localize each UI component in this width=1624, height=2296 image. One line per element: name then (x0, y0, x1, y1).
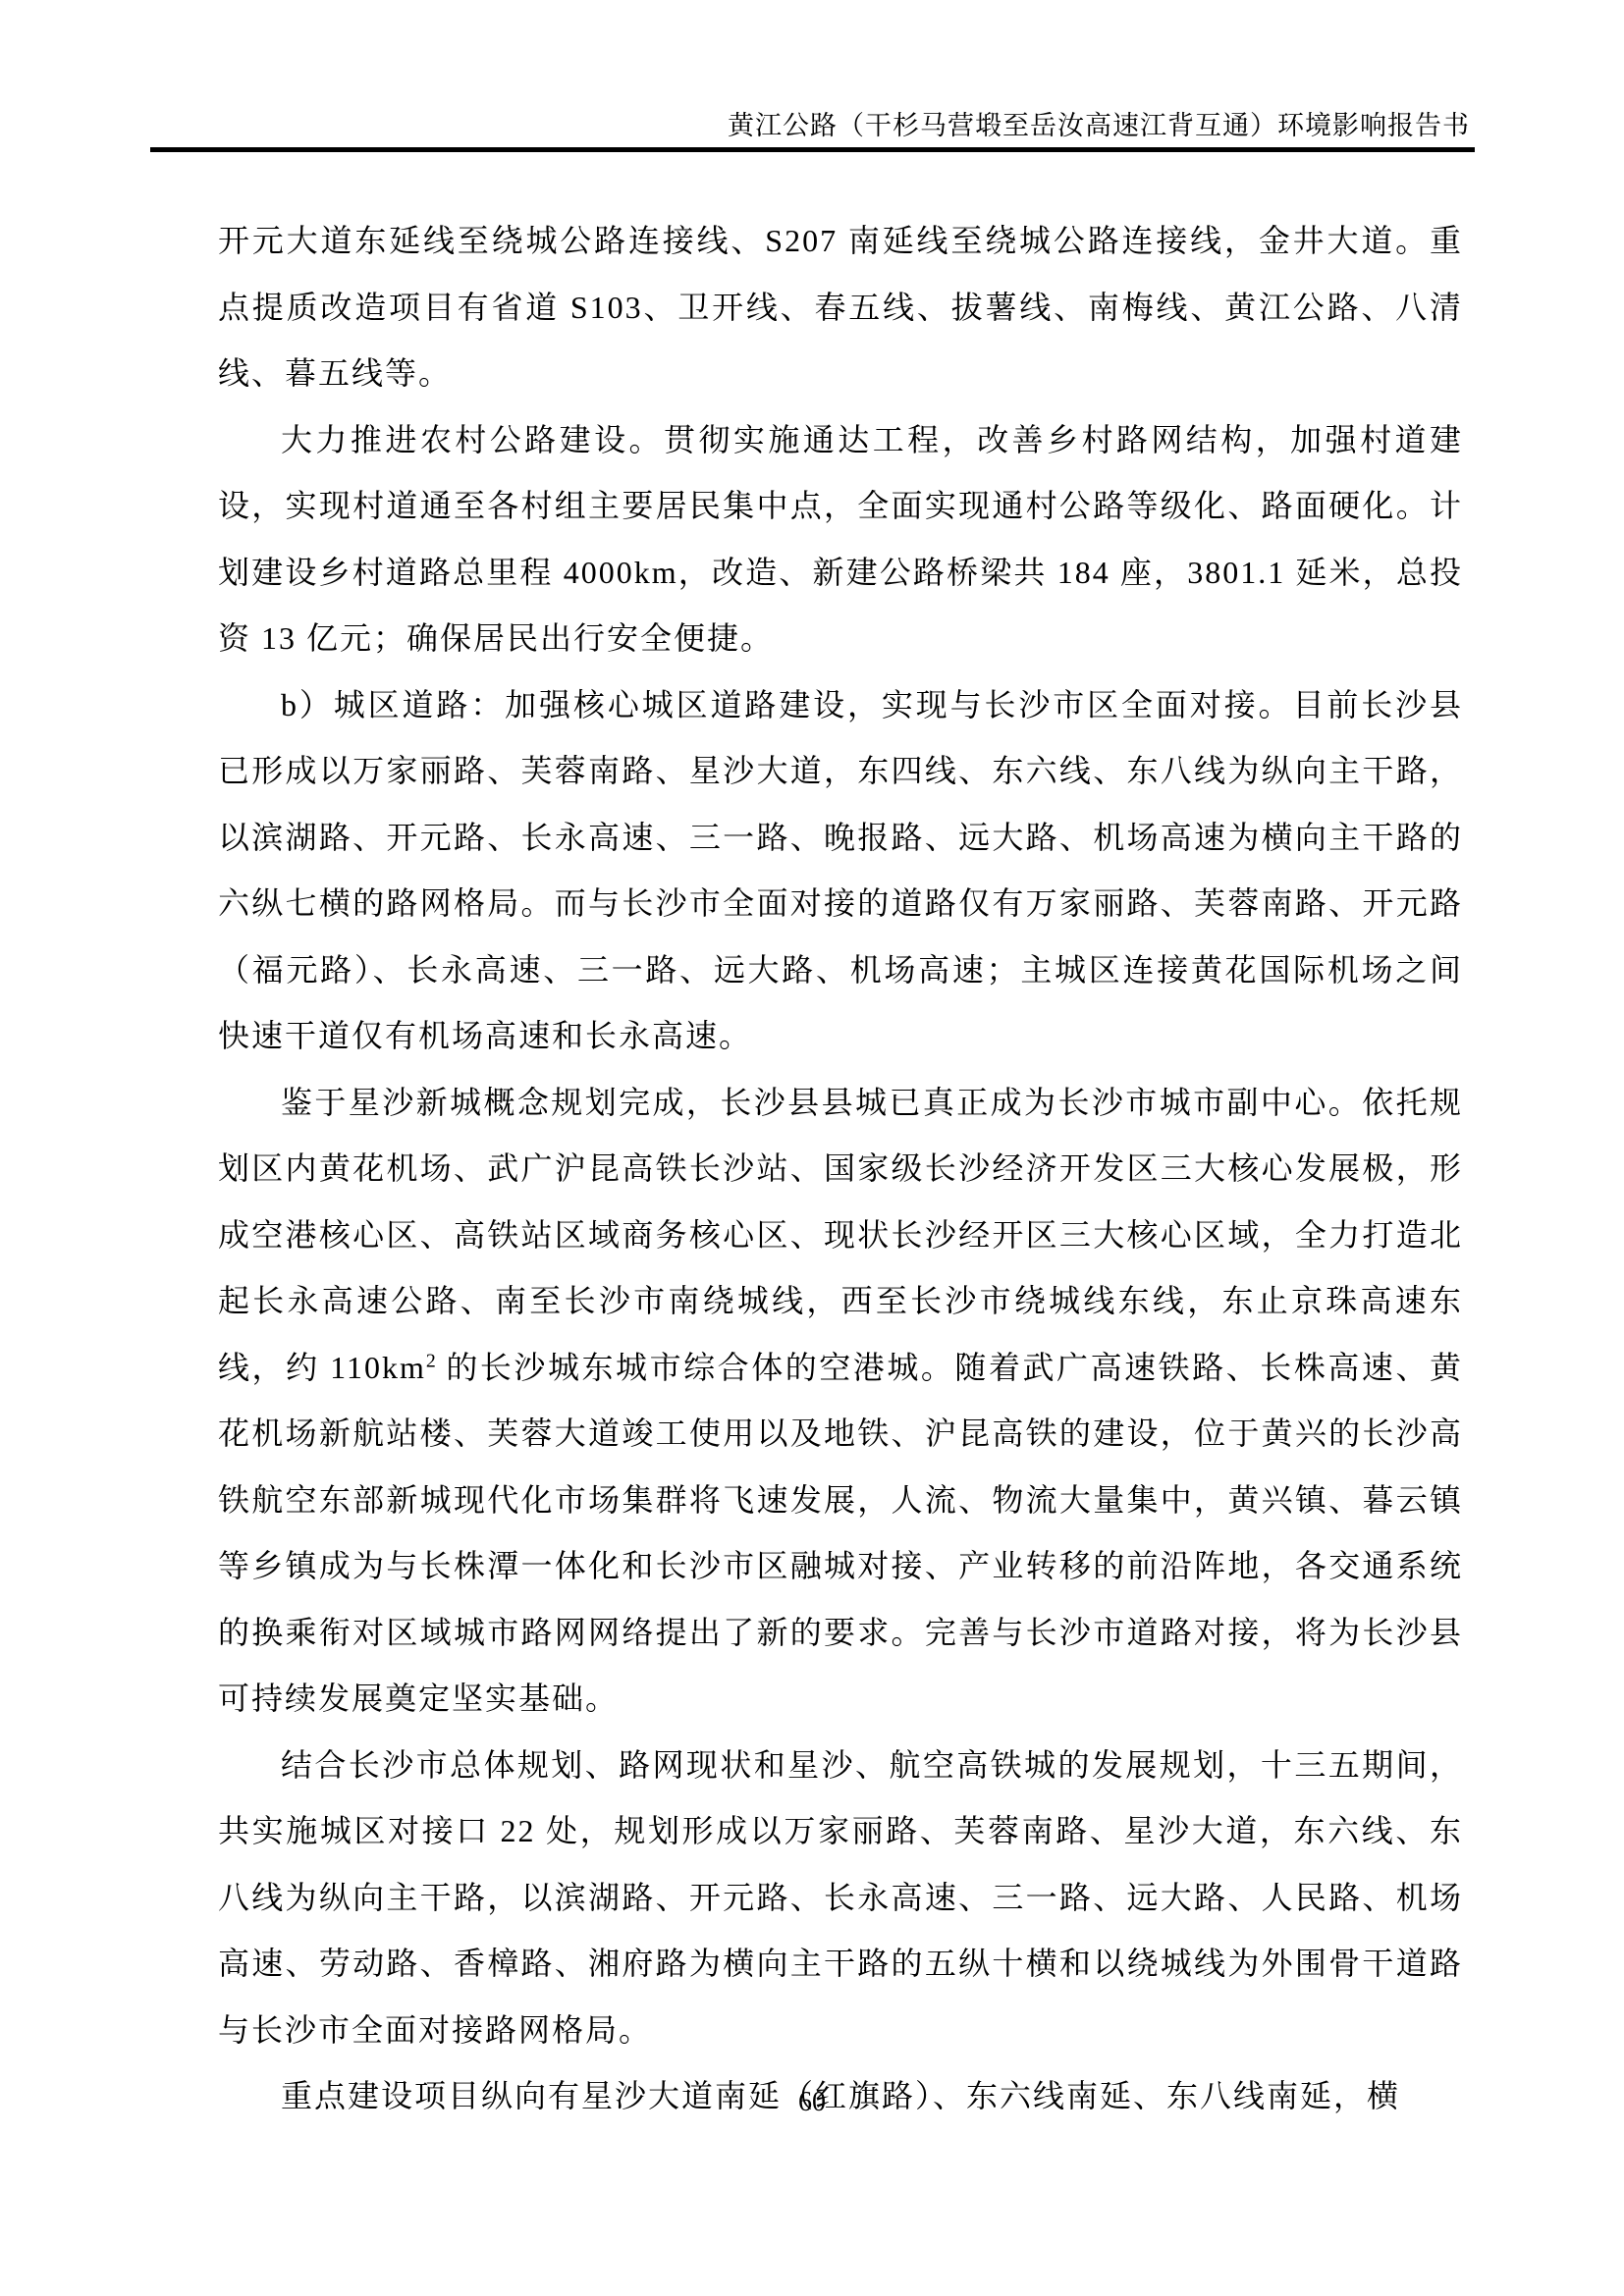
paragraph-text: b）城区道路：加强核心城区道路建设，实现与长沙市区全面对接。目前长沙县已形成以万… (218, 687, 1463, 1054)
document-page: 黄江公路（干杉马营塅至岳汝高速江背互通）环境影响报告书 开元大道东延线至绕城公路… (0, 0, 1624, 2296)
header-title: 黄江公路（干杉马营塅至岳汝高速江背互通）环境影响报告书 (728, 104, 1470, 142)
paragraph: 鉴于星沙新城概念规划完成，长沙县县城已真正成为长沙市城市副中心。依托规划区内黄花… (218, 1070, 1463, 1733)
paragraph-text: 开元大道东延线至绕城公路连接线、S207 南延线至绕城公路连接线，金井大道。重点… (218, 223, 1463, 391)
header-rule (150, 147, 1475, 152)
document-body: 开元大道东延线至绕城公路连接线、S207 南延线至绕城公路连接线，金井大道。重点… (218, 208, 1463, 2130)
paragraph: 结合长沙市总体规划、路网现状和星沙、航空高铁城的发展规划，十三五期间，共实施城区… (218, 1733, 1463, 2064)
page-number: 60 (798, 2087, 826, 2117)
superscript-text: 2 (426, 1350, 436, 1371)
paragraph: 开元大道东延线至绕城公路连接线、S207 南延线至绕城公路连接线，金井大道。重点… (218, 208, 1463, 407)
paragraph-text: 鉴于星沙新城概念规划完成，长沙县县城已真正成为长沙市城市副中心。依托规划区内黄花… (218, 1085, 1463, 1385)
footer: 60 (0, 2087, 1624, 2118)
paragraph-text: 的长沙城东城市综合体的空港城。随着武广高速铁路、长株高速、黄花机场新航站楼、芙蓉… (218, 1350, 1463, 1717)
paragraph-text: 大力推进农村公路建设。贯彻实施通达工程，改善乡村路网结构，加强村道建设，实现村道… (218, 422, 1463, 657)
paragraph: b）城区道路：加强核心城区道路建设，实现与长沙市区全面对接。目前长沙县已形成以万… (218, 672, 1463, 1070)
paragraph: 大力推进农村公路建设。贯彻实施通达工程，改善乡村路网结构，加强村道建设，实现村道… (218, 407, 1463, 672)
paragraph-text: 结合长沙市总体规划、路网现状和星沙、航空高铁城的发展规划，十三五期间，共实施城区… (218, 1747, 1463, 2048)
